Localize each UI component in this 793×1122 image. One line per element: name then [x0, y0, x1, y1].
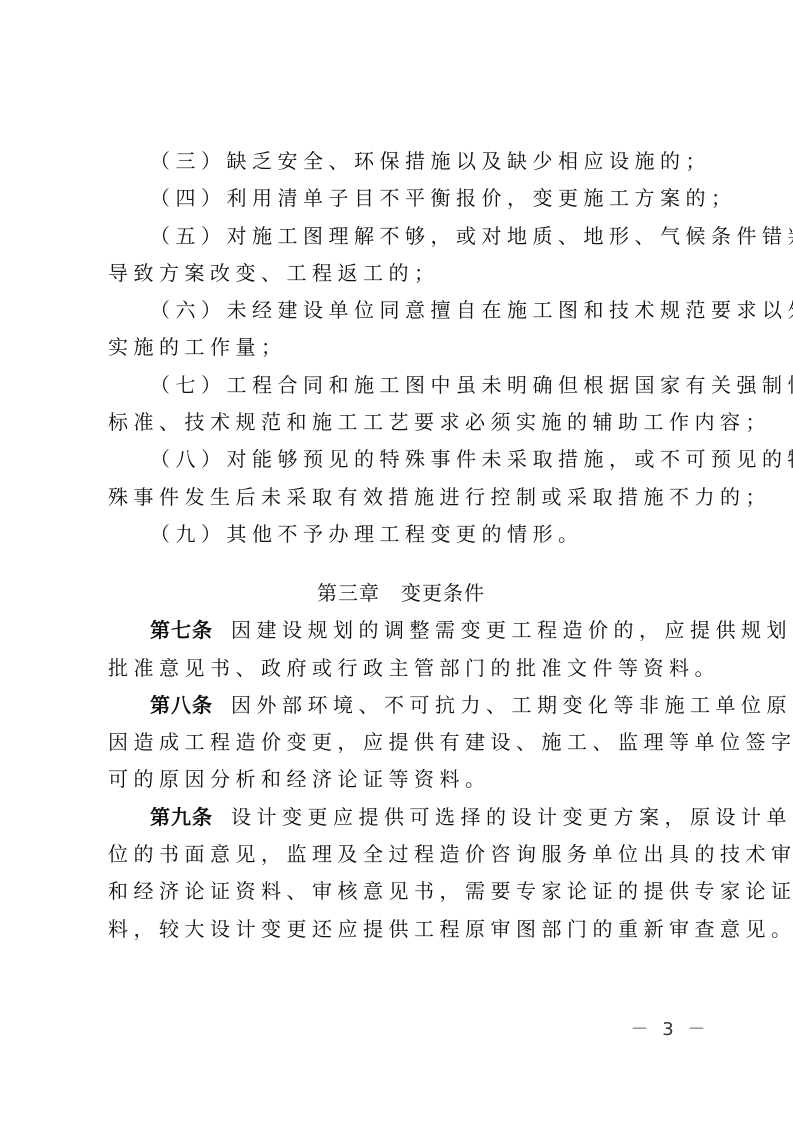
article-text: 因建设规划的调整需变更工程造价的，应提供规划 — [231, 618, 792, 642]
article-text: 因外部环境、不可抗力、工期变化等非施工单位原 — [231, 693, 792, 717]
list-item-5: （五）对施工图理解不够，或对地质、地形、气候条件错判 导致方案改变、工程返工的； — [108, 218, 694, 293]
list-item-3: （三）缺乏安全、环保措施以及缺少相应设施的； — [108, 143, 694, 180]
article-line: 因造成工程造价变更，应提供有建设、施工、监理等单位签字认 — [108, 724, 694, 761]
list-item-line: （九）其他不予办理工程变更的情形。 — [108, 516, 694, 553]
article-line: 位的书面意见，监理及全过程造价咨询服务单位出具的技术审核 — [108, 836, 694, 873]
article-7: 第七条因建设规划的调整需变更工程造价的，应提供规划 批准意见书、政府或行政主管部… — [108, 612, 694, 687]
article-8: 第八条因外部环境、不可抗力、工期变化等非施工单位原 因造成工程造价变更，应提供有… — [108, 687, 694, 799]
list-item-line: （四）利用清单子目不平衡报价，变更施工方案的； — [108, 180, 694, 217]
list-item-line: 标准、技术规范和施工工艺要求必须实施的辅助工作内容； — [108, 404, 694, 441]
article-9: 第九条设计变更应提供可选择的设计变更方案，原设计单 位的书面意见，监理及全过程造… — [108, 799, 694, 948]
section-gap — [108, 553, 694, 575]
article-label: 第九条 — [150, 805, 213, 829]
article-line: 批准意见书、政府或行政主管部门的批准文件等资料。 — [108, 650, 694, 687]
list-item-line: 实施的工作量； — [108, 329, 694, 366]
article-first-line: 第七条因建设规划的调整需变更工程造价的，应提供规划 — [108, 612, 694, 649]
chapter-title: 第三章 变更条件 — [108, 575, 694, 612]
article-line: 可的原因分析和经济论证等资料。 — [108, 761, 694, 798]
list-item-line: （五）对施工图理解不够，或对地质、地形、气候条件错判 — [108, 218, 694, 255]
list-item-7: （七）工程合同和施工图中虽未明确但根据国家有关强制性 标准、技术规范和施工工艺要… — [108, 367, 694, 442]
page-content: （三）缺乏安全、环保措施以及缺少相应设施的； （四）利用清单子目不平衡报价，变更… — [108, 143, 694, 948]
article-label: 第七条 — [150, 618, 213, 642]
page-number: － 3 － — [620, 1015, 720, 1041]
article-line: 料，较大设计变更还应提供工程原审图部门的重新审查意见。 — [108, 911, 694, 948]
list-item-9: （九）其他不予办理工程变更的情形。 — [108, 516, 694, 553]
list-item-line: 导致方案改变、工程返工的； — [108, 255, 694, 292]
list-item-4: （四）利用清单子目不平衡报价，变更施工方案的； — [108, 180, 694, 217]
list-item-8: （八）对能够预见的特殊事件未采取措施，或不可预见的特 殊事件发生后未采取有效措施… — [108, 441, 694, 516]
list-item-line: （八）对能够预见的特殊事件未采取措施，或不可预见的特 — [108, 441, 694, 478]
article-first-line: 第八条因外部环境、不可抗力、工期变化等非施工单位原 — [108, 687, 694, 724]
article-text: 设计变更应提供可选择的设计变更方案，原设计单 — [231, 805, 792, 829]
article-line: 和经济论证资料、审核意见书，需要专家论证的提供专家论证资 — [108, 873, 694, 910]
list-item-line: （六）未经建设单位同意擅自在施工图和技术规范要求以外 — [108, 292, 694, 329]
article-first-line: 第九条设计变更应提供可选择的设计变更方案，原设计单 — [108, 799, 694, 836]
list-item-line: （三）缺乏安全、环保措施以及缺少相应设施的； — [108, 143, 694, 180]
document-page: （三）缺乏安全、环保措施以及缺少相应设施的； （四）利用清单子目不平衡报价，变更… — [0, 0, 793, 1122]
list-item-6: （六）未经建设单位同意擅自在施工图和技术规范要求以外 实施的工作量； — [108, 292, 694, 367]
list-item-line: 殊事件发生后未采取有效措施进行控制或采取措施不力的； — [108, 479, 694, 516]
article-label: 第八条 — [150, 693, 213, 717]
list-item-line: （七）工程合同和施工图中虽未明确但根据国家有关强制性 — [108, 367, 694, 404]
